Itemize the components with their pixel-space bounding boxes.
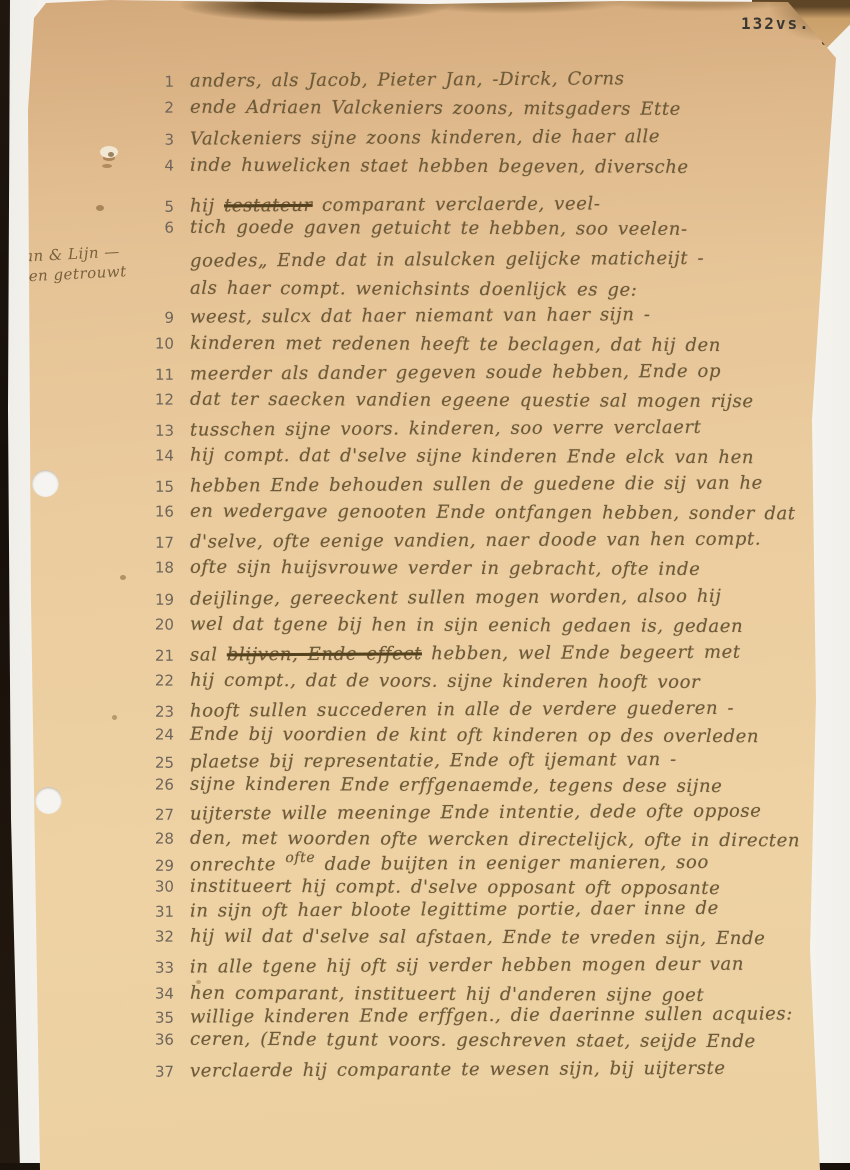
line-text: ende Adriaen Valckeniers zoons, mitsgade…: [190, 97, 681, 120]
manuscript-line: 10kinderen met redenen heeft te beclagen…: [140, 332, 840, 356]
line-text: hij testateur comparant verclaerde, veel…: [190, 193, 601, 216]
manuscript-line: 2ende Adriaen Valckeniers zoons, mitsgad…: [140, 96, 840, 120]
line-number: 20: [140, 615, 174, 633]
line-text: onrechte ofte dade buijten in eeniger ma…: [190, 852, 709, 876]
text-segment: willige kinderen Ende erffgen., die daer…: [190, 1003, 793, 1027]
line-number: 31: [140, 903, 174, 921]
line-text: hooft sullen succederen in alle de verde…: [190, 698, 734, 722]
line-number: 1: [140, 73, 174, 91]
line-number: 16: [140, 502, 174, 520]
line-text: als haer compt. wenichsints doenlijck es…: [190, 278, 638, 301]
manuscript-line: 31in sijn oft haer bloote legittime port…: [140, 897, 840, 922]
text-segment: tusschen sijne voors. kinderen, soo verr…: [190, 417, 702, 441]
line-number: 9: [140, 309, 174, 327]
line-number: 18: [140, 558, 174, 576]
line-number: 32: [140, 927, 174, 945]
line-text: kinderen met redenen heeft te beclagen, …: [190, 333, 721, 356]
manuscript-line: 35willige kinderen Ende erffgen., die da…: [140, 1003, 840, 1028]
manuscript-line: 11meerder als dander gegeven soude hebbe…: [140, 360, 840, 385]
line-text: inde huwelicken staet hebben begeven, di…: [190, 155, 689, 178]
text-segment: weest, sulcx dat haer niemant van haer s…: [190, 304, 651, 327]
line-text: ceren, (Ende tgunt voors. geschreven sta…: [190, 1029, 756, 1052]
line-text: dat ter saecken vandien egeene questie s…: [190, 389, 754, 412]
manuscript-line: 37verclaerde hij comparante te wesen sij…: [140, 1057, 840, 1082]
line-number: 28: [140, 829, 174, 847]
line-text: sal blijven, Ende effect hebben, wel End…: [190, 642, 741, 666]
line-number: 3: [140, 131, 174, 149]
line-text: uijterste wille meeninge Ende intentie, …: [190, 801, 762, 825]
line-number: 24: [140, 725, 174, 743]
paper-sheet: 132vs. Jan & Lijn — ben getrouwt 1anders…: [0, 0, 850, 1170]
text-segment: hij: [190, 195, 224, 216]
line-text: hij compt. dat d'selve sijne kinderen En…: [190, 445, 754, 468]
manuscript-line: 28den, met woorden ofte wercken directel…: [140, 827, 840, 851]
text-segment: tich goede gaven getuicht te hebben, soo…: [190, 217, 688, 240]
line-text: weest, sulcx dat haer niemant van haer s…: [190, 304, 651, 327]
manuscript-line: 1anders, als Jacob, Pieter Jan, -Dirck, …: [140, 67, 840, 92]
text-segment: den, met woorden ofte wercken directelij…: [190, 828, 800, 852]
text-segment: comparant verclaerde, veel-: [313, 193, 601, 216]
struck-word: blijven, Ende effect: [227, 643, 422, 665]
line-text: plaetse bij representatie, Ende oft ijem…: [190, 749, 677, 773]
text-segment: uijterste wille meeninge Ende intentie, …: [190, 801, 762, 825]
text-segment: dade buijten in eeniger manieren, soo: [315, 852, 709, 875]
text-segment: deijlinge, gereeckent sullen mogen worde…: [190, 586, 722, 610]
text-segment: hij compt. dat d'selve sijne kinderen En…: [190, 445, 754, 468]
text-segment: Valckeniers sijne zoons kinderen, die ha…: [190, 126, 660, 149]
line-text: meerder als dander gegeven soude hebben,…: [190, 361, 721, 385]
line-number: 23: [140, 703, 174, 721]
manuscript-line: 12dat ter saecken vandien egeene questie…: [140, 388, 840, 412]
line-number: 26: [140, 775, 174, 793]
line-number: 5: [140, 198, 174, 216]
line-number: 30: [140, 877, 174, 895]
text-segment: en wedergave genooten Ende ontfangen heb…: [190, 501, 796, 525]
line-text: Valckeniers sijne zoons kinderen, die ha…: [190, 126, 660, 149]
manuscript-line: 14hij compt. dat d'selve sijne kinderen …: [140, 444, 840, 468]
line-text: hij wil dat d'selve sal afstaen, Ende te…: [190, 926, 765, 950]
text-segment: als haer compt. wenichsints doenlijck es…: [190, 278, 638, 301]
line-number: 34: [140, 984, 174, 1002]
line-number: 13: [140, 422, 174, 440]
manuscript-line: 30institueert hij compt. d'selve opposan…: [140, 875, 840, 899]
manuscript-line: 9weest, sulcx dat haer niemant van haer …: [140, 303, 840, 328]
line-number: 17: [140, 534, 174, 552]
manuscript-line: als haer compt. wenichsints doenlijck es…: [140, 277, 840, 301]
line-number: 2: [140, 98, 174, 116]
text-segment: in alle tgene hij oft sij verder hebben …: [190, 954, 744, 978]
manuscript-line: 4inde huwelicken staet hebben begeven, d…: [140, 154, 840, 178]
manuscript-line: 36ceren, (Ende tgunt voors. geschreven s…: [140, 1028, 840, 1052]
line-number: 12: [140, 390, 174, 408]
text-segment: hebben Ende behouden sullen de guedene d…: [190, 473, 763, 497]
line-number: 22: [140, 671, 174, 689]
manuscript-line: 20wel dat tgene bij hen in sijn eenich g…: [140, 613, 840, 637]
text-segment: hebben, wel Ende begeert met: [422, 642, 741, 665]
text-segment: dat ter saecken vandien egeene questie s…: [190, 389, 754, 412]
manuscript-line: 23hooft sullen succederen in alle de ver…: [140, 697, 840, 722]
manuscript-line: 22hij compt., dat de voors. sijne kinder…: [140, 669, 840, 693]
text-segment: ceren, (Ende tgunt voors. geschreven sta…: [190, 1029, 756, 1052]
line-number: 29: [140, 857, 174, 875]
manuscript-line: 26sijne kinderen Ende erffgenaemde, tege…: [140, 773, 840, 797]
text-segment: Ende bij voordien de kint oft kinderen o…: [190, 724, 759, 747]
line-text: deijlinge, gereeckent sullen mogen worde…: [190, 586, 722, 610]
line-text: wel dat tgene bij hen in sijn eenich ged…: [190, 614, 743, 637]
text-segment: sijne kinderen Ende erffgenaemde, tegens…: [190, 774, 723, 797]
line-text: verclaerde hij comparante te wesen sijn,…: [190, 1058, 726, 1082]
text-segment: ende Adriaen Valckeniers zoons, mitsgade…: [190, 97, 681, 120]
line-text: hen comparant, institueert hij d'anderen…: [190, 983, 704, 1006]
line-number: 15: [140, 478, 174, 496]
line-number: 37: [140, 1063, 174, 1081]
line-number: 21: [140, 647, 174, 665]
line-text: goedes„ Ende dat in alsulcken gelijcke m…: [190, 248, 704, 272]
manuscript-line: 19deijlinge, gereeckent sullen mogen wor…: [140, 585, 840, 610]
text-segment: hij compt., dat de voors. sijne kinderen…: [190, 670, 700, 693]
line-text: Ende bij voordien de kint oft kinderen o…: [190, 724, 759, 747]
line-text: in sijn oft haer bloote legittime portie…: [190, 898, 719, 922]
line-text: d'selve, ofte eenige vandien, naer doode…: [190, 529, 761, 553]
line-text: den, met woorden ofte wercken directelij…: [190, 828, 800, 852]
scanned-manuscript-page: 132vs. Jan & Lijn — ben getrouwt 1anders…: [0, 0, 850, 1170]
manuscript-line: 17d'selve, ofte eenige vandien, naer doo…: [140, 528, 840, 553]
text-segment: hen comparant, institueert hij d'anderen…: [190, 983, 704, 1006]
manuscript-line: 13tusschen sijne voors. kinderen, soo ve…: [140, 416, 840, 441]
manuscript-line: 3Valckeniers sijne zoons kinderen, die h…: [140, 125, 840, 150]
manuscript-line: 29onrechte ofte dade buijten in eeniger …: [140, 851, 840, 876]
line-number: 19: [140, 591, 174, 609]
line-number: 6: [140, 218, 174, 236]
manuscript-line: 25plaetse bij representatie, Ende oft ij…: [140, 748, 840, 773]
line-text: ofte sijn huijsvrouwe verder in gebracht…: [190, 557, 700, 580]
manuscript-line: 5hij testateur comparant verclaerde, vee…: [140, 192, 840, 217]
manuscript-line: 33in alle tgene hij oft sij verder hebbe…: [140, 953, 840, 978]
text-segment: plaetse bij representatie, Ende oft ijem…: [190, 749, 677, 773]
manuscript-line: 27uijterste wille meeninge Ende intentie…: [140, 800, 840, 825]
line-number: 35: [140, 1009, 174, 1027]
line-number: 10: [140, 334, 174, 352]
line-number: 33: [140, 959, 174, 977]
text-segment: hooft sullen succederen in alle de verde…: [190, 698, 734, 722]
line-number: 36: [140, 1030, 174, 1048]
line-number: 25: [140, 754, 174, 772]
interlinear-insertion: ofte: [285, 850, 315, 866]
manuscript-line: 18ofte sijn huijsvrouwe verder in gebrac…: [140, 556, 840, 580]
manuscript-line: goedes„ Ende dat in alsulcken gelijcke m…: [140, 247, 840, 272]
manuscript-line: 15hebben Ende behouden sullen de guedene…: [140, 472, 840, 497]
line-number: 11: [140, 366, 174, 384]
text-segment: in sijn oft haer bloote legittime portie…: [190, 898, 719, 922]
text-segment: sal: [190, 644, 227, 665]
text-segment: d'selve, ofte eenige vandien, naer doode…: [190, 529, 761, 553]
line-text: institueert hij compt. d'selve opposant …: [190, 876, 721, 899]
text-segment: anders, als Jacob, Pieter Jan, -Dirck, C…: [190, 68, 625, 91]
line-text: tich goede gaven getuicht te hebben, soo…: [190, 217, 688, 240]
line-text: en wedergave genooten Ende ontfangen heb…: [190, 501, 796, 525]
text-segment: verclaerde hij comparante te wesen sijn,…: [190, 1058, 726, 1082]
line-text: hebben Ende behouden sullen de guedene d…: [190, 473, 763, 497]
line-text: in alle tgene hij oft sij verder hebben …: [190, 954, 744, 978]
text-segment: hij wil dat d'selve sal afstaen, Ende te…: [190, 926, 765, 950]
line-number: 14: [140, 446, 174, 464]
manuscript-line: 24Ende bij voordien de kint oft kinderen…: [140, 723, 840, 747]
line-text: willige kinderen Ende erffgen., die daer…: [190, 1003, 793, 1027]
manuscript-line: 16en wedergave genooten Ende ontfangen h…: [140, 500, 840, 524]
line-number: 4: [140, 156, 174, 174]
text-segment: wel dat tgene bij hen in sijn eenich ged…: [190, 614, 743, 637]
text-segment: kinderen met redenen heeft te beclagen, …: [190, 333, 721, 356]
text-segment: goedes„ Ende dat in alsulcken gelijcke m…: [190, 248, 704, 272]
manuscript-line: 32hij wil dat d'selve sal afstaen, Ende …: [140, 925, 840, 949]
manuscript-line: 6tich goede gaven getuicht te hebben, so…: [140, 216, 840, 240]
text-segment: ofte sijn huijsvrouwe verder in gebracht…: [190, 557, 700, 580]
line-text: sijne kinderen Ende erffgenaemde, tegens…: [190, 774, 723, 797]
left-scanner-shadow: [0, 0, 22, 1170]
line-text: anders, als Jacob, Pieter Jan, -Dirck, C…: [190, 68, 625, 91]
text-segment: meerder als dander gegeven soude hebben,…: [190, 361, 721, 385]
manuscript-line: 21sal blijven, Ende effect hebben, wel E…: [140, 641, 840, 666]
struck-word: testateur: [224, 195, 313, 216]
line-text: tusschen sijne voors. kinderen, soo verr…: [190, 417, 702, 441]
text-segment: institueert hij compt. d'selve opposant …: [190, 876, 721, 899]
line-text: hij compt., dat de voors. sijne kinderen…: [190, 670, 700, 693]
text-segment: onrechte: [190, 854, 285, 875]
text-segment: inde huwelicken staet hebben begeven, di…: [190, 155, 689, 178]
manuscript-lines: 1anders, als Jacob, Pieter Jan, -Dirck, …: [0, 0, 850, 1170]
line-number: 27: [140, 806, 174, 824]
